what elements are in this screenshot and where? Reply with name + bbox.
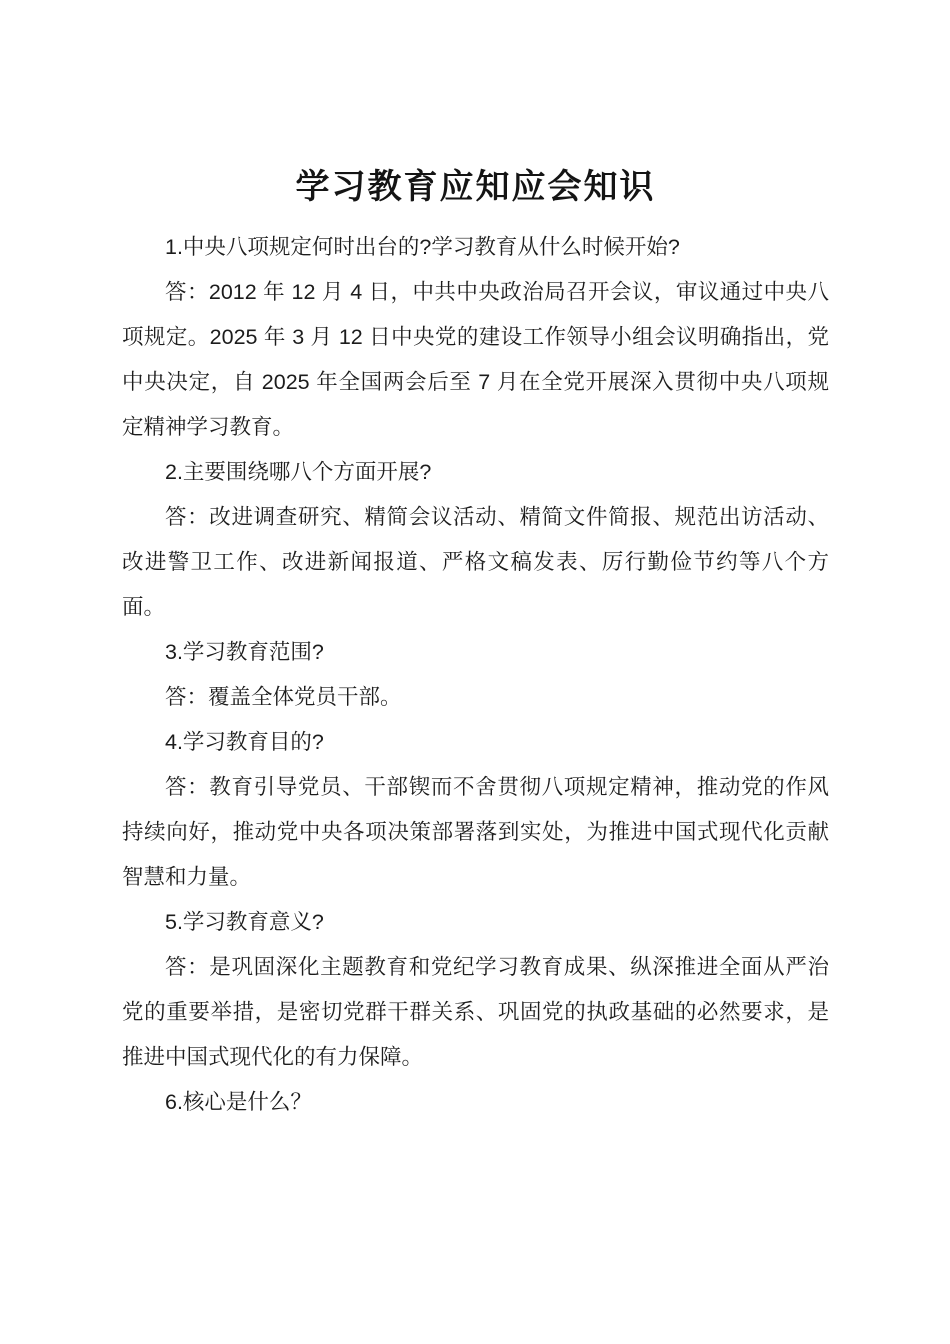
answer-paragraph-3: 答：覆盖全体党员干部。	[122, 675, 829, 720]
answer-paragraph-2: 答：改进调查研究、精简会议活动、精简文件简报、规范出访活动、改进警卫工作、改进新…	[122, 495, 829, 630]
question-paragraph-5: 5.学习教育意义?	[122, 900, 829, 945]
page-title: 学习教育应知应会知识	[122, 162, 829, 212]
question-paragraph-2: 2.主要围绕哪八个方面开展?	[122, 450, 829, 495]
answer-paragraph-4: 答：教育引导党员、干部锲而不舍贯彻八项规定精神，推动党的作风持续向好，推动党中央…	[122, 765, 829, 900]
answer-paragraph-1: 答：2012 年 12 月 4 日，中共中央政治局召开会议，审议通过中央八项规定…	[122, 270, 829, 450]
answer-paragraph-5: 答：是巩固深化主题教育和党纪学习教育成果、纵深推进全面从严治党的重要举措，是密切…	[122, 945, 829, 1080]
question-paragraph-3: 3.学习教育范围?	[122, 630, 829, 675]
document-body: 1.中央八项规定何时出台的?学习教育从什么时候开始? 答：2012 年 12 月…	[122, 225, 829, 1125]
question-paragraph-6: 6.核心是什么？	[122, 1080, 829, 1125]
question-paragraph-1: 1.中央八项规定何时出台的?学习教育从什么时候开始?	[122, 225, 829, 270]
question-paragraph-4: 4.学习教育目的?	[122, 720, 829, 765]
document-page: 学习教育应知应会知识 1.中央八项规定何时出台的?学习教育从什么时候开始? 答：…	[0, 0, 950, 1344]
